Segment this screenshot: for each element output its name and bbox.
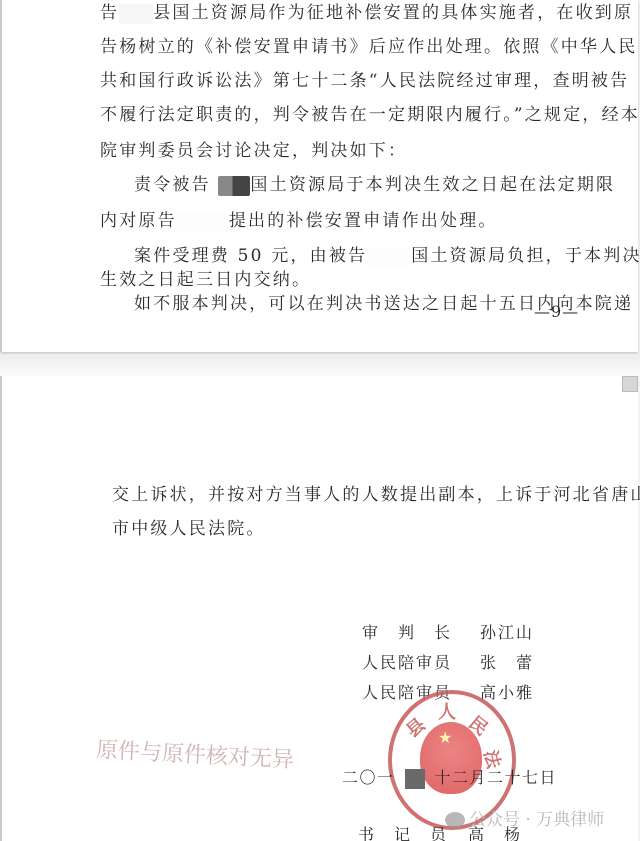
- wechat-icon: [445, 812, 465, 828]
- text: 提出的补偿安置申请作出处理。: [229, 211, 498, 231]
- redaction: [367, 247, 411, 267]
- watermark-text: 公众号 · 万典律师: [469, 810, 604, 830]
- redaction: [119, 4, 153, 24]
- signature-name: 孙江山: [480, 620, 534, 643]
- redaction: [177, 212, 229, 232]
- redaction: [218, 176, 250, 196]
- star-icon: ★: [438, 728, 452, 747]
- signature-name: 张 蕾: [480, 650, 534, 673]
- paragraph-line: 不履行法定职责的，判令被告在一定期限内履行。”之规定，经本: [100, 104, 640, 126]
- signature-role: 审 判 长: [362, 620, 480, 643]
- paragraph-line: 市中级人民法院。: [112, 518, 266, 540]
- paragraph-line: 交上诉状，并按对方当事人的人数提出副本，上诉于河北省唐山: [112, 484, 640, 506]
- signature-row: 人民陪审员张 蕾: [362, 650, 534, 673]
- paragraph-line: 告杨树立的《补偿安置申请书》后应作出处理。依照《中华人民: [100, 36, 638, 58]
- text: 县国土资源局作为征地补偿安置的具体实施者，在收到原: [153, 3, 633, 23]
- paragraph-line: 责令被告 国土资源局于本判决生效之日起在法定期限: [134, 174, 615, 196]
- date-prefix: 二〇一: [342, 768, 395, 787]
- page-number: —9—: [534, 302, 579, 321]
- redaction: [405, 769, 425, 789]
- signature-role: 人民陪审员: [362, 650, 480, 673]
- paragraph-line: 内对原告提出的补偿安置申请作出处理。: [100, 210, 498, 232]
- watermark: 公众号 · 万典律师: [445, 805, 604, 830]
- page-corner-mark: [622, 376, 638, 392]
- signature-row: 审 判 长孙江山: [362, 620, 534, 643]
- signature-name: 高小雅: [480, 680, 534, 703]
- text: 内对原告: [100, 211, 177, 231]
- text: 案件受理费 50 元，由被告: [134, 246, 367, 266]
- page-gap: [0, 354, 640, 376]
- text: 责令被告: [134, 175, 211, 195]
- date-suffix: 十二月二十七日: [435, 768, 558, 787]
- text: 国土资源局于本判决生效之日起在法定期限: [250, 175, 615, 195]
- seal-char: 人: [438, 698, 456, 724]
- paragraph-line: 共和国行政诉讼法》第七十二条“人民法院经过审理，查明被告: [100, 70, 629, 92]
- text: 国土资源局负担，于本判决: [411, 246, 640, 266]
- judgment-date: 二〇一十二月二十七日: [342, 765, 557, 789]
- paragraph-line: 院审判委员会讨论决定，判决如下：: [100, 140, 407, 162]
- paragraph-line: 案件受理费 50 元，由被告国土资源局负担，于本判决: [134, 245, 640, 267]
- text: 告: [100, 3, 119, 23]
- paragraph-line: 告县国土资源局作为征地补偿安置的具体实施者，在收到原: [100, 2, 633, 24]
- paragraph-line: 生效之日起三日内交纳。: [100, 269, 311, 291]
